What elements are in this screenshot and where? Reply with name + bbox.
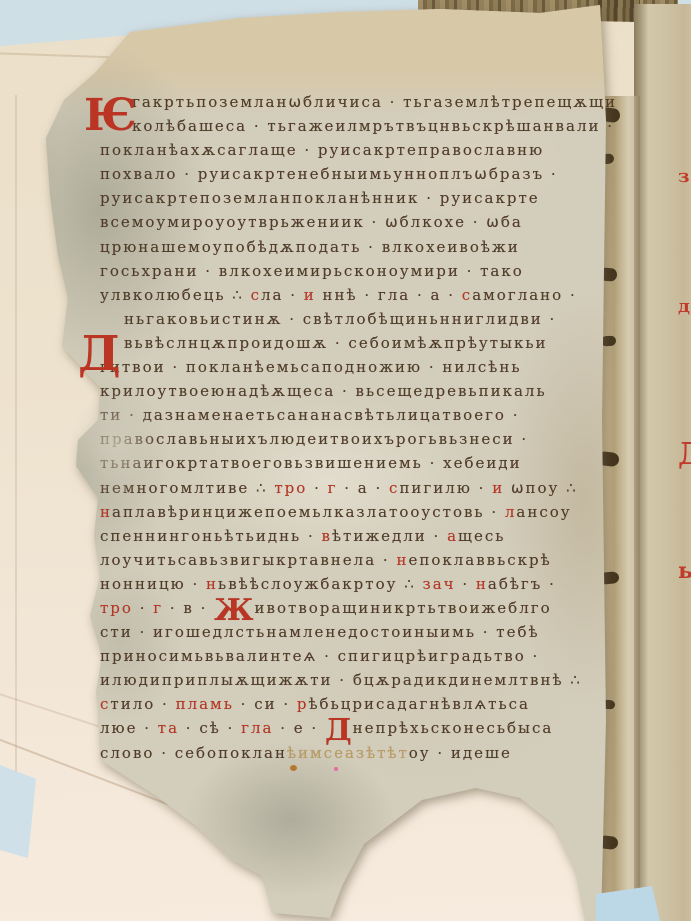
rubric-text: с (462, 286, 472, 304)
ink-text: аплавѣринцижепоемьлказлатооустовь · (112, 503, 505, 521)
ink-text: люе · (100, 719, 158, 737)
ink-text: госьхрани · влкохеимирьсконоумири · тако (100, 262, 524, 280)
rubric-text: а (447, 527, 458, 545)
ink-text: лоучитьсавьзвигыкртавнела · (100, 551, 396, 569)
ink-text: приносимьвьвалинтеѧ · спигицрѣиградьтво … (100, 647, 539, 665)
damage-fade-patch (70, 390, 160, 500)
text-line: всемоумироуоутврьжениик · ѡблкохе · ѡба (100, 210, 592, 234)
cropped-rubric-fragment: з (678, 168, 690, 186)
ink-text: вьвѣслнцѫпроидошѫ · себоимѣѫпрѣутыкьи (124, 334, 548, 352)
text-line: илюдиприплыѫщижѫти · бцѫрадикдинемлтвнѣ … (100, 668, 592, 692)
rubric-text: с (389, 479, 399, 497)
text-line: крилоутвоеюнадѣѫщеса · вьсещедревьпикаль (100, 379, 592, 403)
rubric-text: в (322, 527, 332, 545)
ink-text: · в · (163, 599, 214, 617)
ink-text: тило · (110, 695, 175, 713)
ink-text: нонницю · (100, 575, 206, 593)
rubric-text: г (328, 479, 338, 497)
rubric-text: пламь (176, 695, 234, 713)
rubric-text: л (505, 503, 517, 521)
text-line: немногомлтиве ∴ тро · г · а · спигилю · … (100, 476, 592, 500)
ink-text: · (307, 479, 327, 497)
rubric-text: гла (241, 719, 273, 737)
text-line: тро · г · в · Животворащиникртьтвоижеблг… (100, 596, 592, 620)
rubric-text: и (492, 479, 504, 497)
text-line: гакртьпоземланѡбличиса · тьгаземлѣтрепещ… (100, 90, 592, 114)
ink-text: спеннингоньѣтьиднь · (100, 527, 322, 545)
ink-text: крилоутвоеюнадѣѫщеса · вьсещедревьпикаль (100, 382, 547, 400)
text-line: ти · дазнаменаетьсананасвѣтьлицатвоего · (100, 403, 592, 427)
ink-text: слово · себопоклан (100, 744, 287, 762)
ink-text: колѣбашеса · тьгажеилмрътвъцнвьскрѣшанва… (132, 117, 614, 135)
text-line: гитвои · покланѣемьсаподножию · нилсѣнь (100, 355, 592, 379)
ink-text: ннѣ · гла · а · (316, 286, 462, 304)
ink-text: щесь (458, 527, 505, 545)
text-line: спеннингоньѣтьиднь · вѣтижедли · ащесь (100, 524, 592, 548)
ink-text: православьныихълюдеитвоихърогьвьзнеси · (100, 430, 528, 448)
ink-text: ньгаковьистинѫ · свѣтлобѣщиньнниглидви · (124, 310, 556, 328)
ink-text: · е · (273, 719, 325, 737)
text-line: похвало · руисакртенебныимьунноплъѡбразъ… (100, 162, 592, 186)
ink-text: ти · дазнаменаетьсананасвѣтьлицатвоего · (100, 406, 520, 424)
ink-text: ѣтижедли · (332, 527, 447, 545)
rubric-text: г (153, 599, 163, 617)
rubric-text: тро (274, 479, 307, 497)
rubric-initial-ie: Ѥ (84, 94, 137, 138)
text-line: лоучитьсавьзвигыкртавнела · непоклаввьск… (100, 548, 592, 572)
ink-text: гакртьпоземланѡбличиса · тьгаземлѣтрепещ… (132, 93, 617, 111)
ink-text: илюдиприплыѫщижѫти · бцѫрадикдинемлтвнѣ … (100, 671, 582, 689)
ink-text: · (456, 575, 476, 593)
text-block: гакртьпоземланѡбличиса · тьгаземлѣтрепещ… (100, 90, 592, 765)
text-line: покланѣахѫсаглаще · руисакртеправославню (100, 138, 592, 162)
ink-text: ивотворащиникртьтвоижеблго (255, 599, 552, 617)
ink-text: руисакртепоземланпокланѣнник · руисакрте (100, 189, 540, 207)
ink-text: гитвои · покланѣемьсаподножию · нилсѣнь (100, 358, 522, 376)
ink-text: пигилю · (399, 479, 492, 497)
ink-text: · си · (234, 695, 297, 713)
ink-text: тьнаигокртатвоеговьзвишениемь · хебеиди (100, 454, 522, 472)
ink-text: црюнашемоупобѣдѫподать · влкохеивоѣжи (100, 238, 520, 256)
manuscript-photo: Ѥ Д гакртьпоземланѡбличиса · тьгаземлѣтр… (0, 0, 691, 921)
text-line: наплавѣринцижепоемьлказлатооустовь · лан… (100, 500, 592, 524)
rubric-text: с (251, 286, 261, 304)
text-line: люе · та · сѣ · гла · е · Днепрѣхьсконес… (100, 716, 592, 740)
cropped-rubric-fragment: д (678, 298, 690, 316)
wax-spot (290, 765, 297, 771)
text-line: госьхрани · влкохеимирьсконоумири · тако (100, 259, 592, 283)
text-line: приносимьвьвалинтеѧ · спигицрѣиградьтво … (100, 644, 592, 668)
rubric-text: н (396, 551, 408, 569)
text-line: колѣбашеса · тьгажеилмрътвъцнвьскрѣшанва… (100, 114, 592, 138)
ink-text: похвало · руисакртенебныимьунноплъѡбразъ… (100, 165, 558, 183)
rubric-text: р (297, 695, 309, 713)
text-line: тьнаигокртатвоеговьзвишениемь · хебеиди (100, 451, 592, 475)
ink-text: сти · игошедлстьнамленедостоиныимь · теб… (100, 623, 540, 641)
ink-text: амоглано · (472, 286, 577, 304)
cropped-rubric-fragment: ь (678, 560, 691, 582)
rubric-text: с (100, 695, 110, 713)
text-line: црюнашемоупобѣдѫподать · влкохеивоѣжи (100, 235, 592, 259)
ink-text: абѣгъ · (488, 575, 556, 593)
rubric-text: зач (423, 575, 456, 593)
ink-text: · а · (337, 479, 389, 497)
rubric-text: та (158, 719, 179, 737)
ink-text: ѡпоу ∴ (504, 479, 578, 497)
ink-text: ла · (261, 286, 304, 304)
text-line: слово · себопокланѣимсеазѣтѣтоу · идеше (100, 741, 592, 765)
rubric-text: тро (100, 599, 133, 617)
rubric-initial-de: Д (78, 330, 121, 378)
rubric-text: н (100, 503, 112, 521)
rubric-text: н (476, 575, 488, 593)
ink-text: · (133, 599, 153, 617)
ink-text: непрѣхьсконесьбыса (353, 719, 554, 737)
ink-text: ьвѣѣслоужбакртоу ∴ (218, 575, 422, 593)
ink-text: · сѣ · (179, 719, 241, 737)
ink-text: ѣбьцрисадагнѣвлѧтьса (309, 695, 530, 713)
text-line: ньгаковьистинѫ · свѣтлобѣщиньнниглидви · (100, 307, 592, 331)
text-line: сти · игошедлстьнамленедостоиныимь · теб… (100, 620, 592, 644)
text-line: руисакртепоземланпокланѣнник · руисакрте (100, 186, 592, 210)
ink-text: оу · идеше (409, 744, 512, 762)
text-line: улвколюбець ∴ сла · и ннѣ · гла · а · са… (100, 283, 592, 307)
ink-text: улвколюбець ∴ (100, 286, 251, 304)
ink-text: покланѣахѫсаглаще · руисакртеправославню (100, 141, 544, 159)
rubric-text: и (304, 286, 316, 304)
ink-text: ѣимсеазѣтѣт (287, 744, 409, 762)
text-line: вьвѣслнцѫпроидошѫ · себоимѣѫпрѣутыкьи (100, 331, 592, 355)
ink-text: всемоумироуоутврьжениик · ѡблкохе · ѡба (100, 213, 523, 231)
text-line: нонницю · ньвѣѣслоужбакртоу ∴ зач · набѣ… (100, 572, 592, 596)
ink-text: епоклаввьскрѣ (408, 551, 551, 569)
cropped-rubric-fragment: Д (678, 440, 691, 470)
text-line: православьныихълюдеитвоихърогьвьзнеси · (100, 427, 592, 451)
ink-text: ансоу (516, 503, 571, 521)
pink-speck (334, 767, 338, 771)
rubric-text: н (206, 575, 218, 593)
